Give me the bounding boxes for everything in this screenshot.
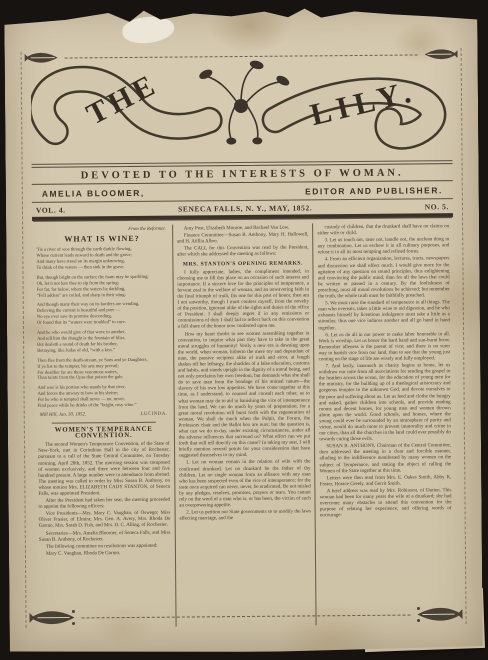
- poem-line: Find peace while he drinks of the “brigh…: [38, 402, 170, 409]
- article-paragraph: Vice Presidents—Mrs. Mary C. Vaughan, of…: [39, 511, 171, 530]
- poem-stanza: And woe is his portion who stands by tha…: [37, 384, 169, 409]
- poem-stanza: And though many their way on its borders…: [37, 301, 169, 326]
- article-columns: From the Reformer. WHAT IS WINE? 'Tis a …: [32, 222, 456, 628]
- corner-flourish-icon: [29, 607, 75, 627]
- poem-line: Betraying, like Judas of old, “with a ki…: [37, 346, 169, 353]
- article-paragraph: After the President had taken her seat, …: [38, 498, 170, 511]
- poem-stanza: But, though bright on the surface the fo…: [37, 273, 169, 298]
- header-block: DEVOTED TO THE INTERESTS OF WOMAN. AMELI…: [32, 160, 453, 221]
- article-paragraph: How my heart throbs to see women assembl…: [178, 331, 311, 460]
- poem-signature: Mill Hill, Jan. 30, 1852. LUCINDA.: [40, 412, 168, 419]
- poem-stanza: Then flee from the death-stream, ye Sons…: [37, 356, 169, 381]
- source-credit: From the Reformer.: [36, 227, 166, 234]
- column-2-top: Amy Post, Elizabeth Monroe, and Rachael …: [177, 225, 309, 259]
- article-paragraph: Finance Committee—Susan B. Anthony, Mary…: [177, 233, 309, 246]
- article-paragraph: A brief address was read by Mrs. Robinso…: [320, 488, 452, 520]
- article-paragraph: The following committee on resolutions w…: [39, 543, 171, 550]
- poem-title: WHAT IS WINE?: [36, 236, 168, 243]
- article-paragraph: 5. We must raise the standard of tempera…: [318, 300, 450, 332]
- article-paragraph: 2. Let us petition our State governments…: [179, 510, 311, 523]
- poem-line: Or found that its “waters were troubled”…: [37, 319, 169, 326]
- remarks-subheading: MRS. STANTON'S OPENING REMARKS.: [177, 261, 309, 268]
- article-paragraph: I fully appreciate, ladies, the complime…: [177, 269, 309, 331]
- left-border-rule: [21, 52, 27, 628]
- column-2-body: I fully appreciate, ladies, the complime…: [177, 269, 311, 523]
- poem-stanza: And he who would give of that wave to an…: [37, 329, 169, 354]
- article-paragraph: 3. Let us touch not, taste not, handle n…: [318, 237, 450, 256]
- masthead-ribbon-art-icon: THE LILY.: [31, 56, 452, 160]
- corner-flourish-icon: [416, 604, 462, 624]
- newspaper-page: THE LILY. DEVOTED TO THE INTERESTS OF WO…: [4, 4, 483, 654]
- bottom-border: [29, 604, 462, 628]
- poem-stanza: 'Tis a river of woe through the earth da…: [36, 246, 168, 271]
- article-paragraph: Mary C. Vaughan, Rhoda De Garmo,: [39, 550, 171, 557]
- column-2: Amy Post, Elizabeth Monroe, and Rachael …: [173, 223, 316, 626]
- dateline: SENECA FALLS, N. Y., MAY, 1852.: [66, 202, 425, 214]
- issue-number: NO. 5.: [425, 202, 449, 211]
- paper-tear: [121, 14, 176, 47]
- section-divider: [52, 422, 156, 424]
- column-3-body: custody of children, that the drunkard s…: [317, 224, 451, 520]
- article-paragraph: The CALL for this Convention was read by…: [177, 246, 309, 259]
- article-paragraph: Amy Post, Elizabeth Monroe, and Rachael …: [177, 225, 309, 232]
- editor-role: EDITOR AND PUBLISHER.: [305, 185, 443, 196]
- article-title: WOMEN'S TEMPERANCE CONVENTION.: [38, 427, 170, 440]
- column-1-body: The second Women's Temperance Convention…: [38, 442, 171, 558]
- article-paragraph: 4. From an efficient organization, lectu…: [318, 257, 450, 301]
- poem-line: To drink of the waters — then sink in th…: [36, 264, 168, 271]
- column-1: From the Reformer. WHAT IS WINE? 'Tis a …: [32, 225, 175, 628]
- masthead: THE LILY.: [31, 56, 452, 160]
- article-paragraph: Letters were then read from Mrs. E. Oake…: [320, 475, 452, 488]
- column-3: custody of children, that the drunkard s…: [313, 222, 456, 625]
- signature-name: LUCINDA.: [141, 412, 168, 418]
- right-border-rule: [461, 48, 467, 624]
- bottom-dashed-rule: [82, 614, 411, 618]
- article-paragraph: The second Women's Temperance Convention…: [38, 442, 170, 498]
- poem-line: “Fell adders” are coiled, and sharp in t…: [37, 291, 169, 298]
- signature-place: Mill Hill, Jan. 30, 1852.: [40, 412, 86, 418]
- article-paragraph: Secretaries—Mrs. Amelia Bloomer, of Sene…: [39, 530, 171, 543]
- article-paragraph: 6. Let us do all in our power to make la…: [318, 332, 450, 364]
- article-paragraph: custody of children, that the drunkard s…: [317, 224, 449, 237]
- volume-label: VOL. 4.: [36, 206, 66, 215]
- editor-name: AMELIA BLOOMER,: [42, 188, 145, 199]
- article-paragraph: 7. And lastly, inasmuch as charity begin…: [319, 363, 451, 443]
- article-paragraph: 1. Let no woman remain in the relation o…: [179, 460, 311, 510]
- poem-line: Than taints from the Upas that poison th…: [37, 374, 169, 381]
- article-paragraph: SUSAN B. ANTHONY, Chairman of the Centra…: [319, 443, 451, 475]
